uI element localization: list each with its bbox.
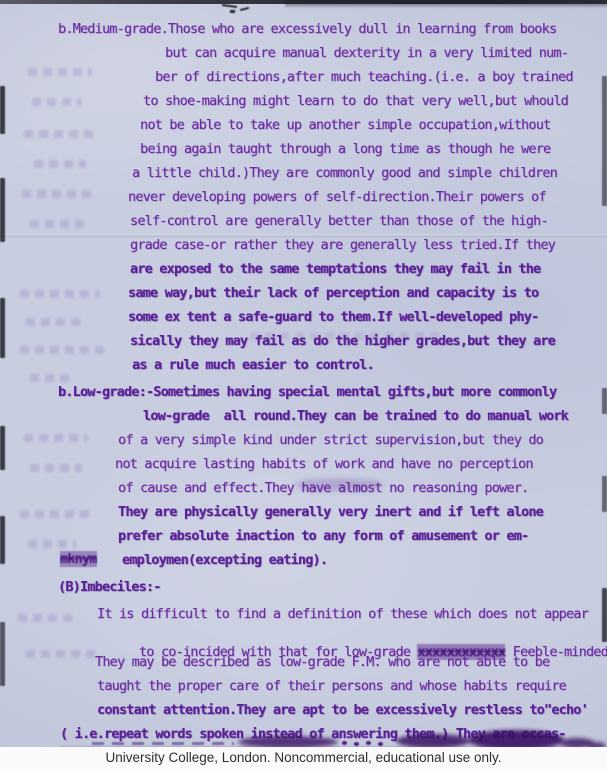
typed-line: some ex tent a safe-guard to them.If wel… xyxy=(128,310,538,324)
typed-line: taught the proper care of their persons … xyxy=(97,679,566,693)
bleed-through-mark xyxy=(20,290,100,298)
typed-line: as a rule much easier to control. xyxy=(132,358,374,372)
bleed-through-mark xyxy=(20,346,104,354)
typed-line: employmen(excepting eating). xyxy=(122,553,327,567)
typed-line: never developing powers of self-directio… xyxy=(128,190,546,204)
bleed-through-mark xyxy=(18,614,78,622)
edge-artifact-left xyxy=(0,298,5,358)
typed-line: self-control are generally better than t… xyxy=(130,214,548,228)
scanned-document: b.Medium-grade.Those who are excessively… xyxy=(0,0,607,769)
typed-line: constant attention.They are apt to be ex… xyxy=(97,703,588,717)
typed-line: (B)Imbeciles:- xyxy=(58,580,161,594)
typed-line: being again taught through a long time a… xyxy=(140,142,550,156)
bleed-through-mark xyxy=(28,540,76,548)
attribution-text: University College, London. Noncommercia… xyxy=(106,750,502,765)
ink-smudge xyxy=(396,734,470,748)
smudge-dash-row xyxy=(92,742,234,745)
bleed-through-mark xyxy=(32,98,82,106)
bleed-through-mark xyxy=(22,190,96,198)
ink-dot xyxy=(342,741,347,745)
typed-line: not be able to take up another simple oc… xyxy=(140,118,550,132)
edge-artifact-right xyxy=(602,588,607,642)
typed-line: to shoe-making might learn to do that ve… xyxy=(143,94,568,108)
bleed-through-mark xyxy=(34,160,86,168)
edge-artifact-left xyxy=(0,178,5,242)
typed-line: not acquire lasting habits of work and h… xyxy=(115,457,533,471)
pen-scribble xyxy=(230,10,235,13)
bleed-through-mark xyxy=(26,318,86,326)
ink-dot xyxy=(366,741,371,745)
typed-line: They are physically generally very inert… xyxy=(118,505,543,519)
bleed-through-mark xyxy=(30,464,82,472)
bleed-through-mark xyxy=(20,510,90,518)
bleed-through-mark xyxy=(30,220,86,228)
bleed-through-mark xyxy=(28,68,92,76)
typed-line: of a very simple kind under strict super… xyxy=(118,433,543,447)
bleed-through-mark xyxy=(26,650,96,658)
typed-line: but can acquire manual dexterity in a ve… xyxy=(165,46,568,60)
ink-dot xyxy=(378,742,383,746)
bleed-through-mark xyxy=(30,374,74,382)
scan-page: b.Medium-grade.Those who are excessively… xyxy=(0,0,607,748)
typed-line: same way,but their lack of perception an… xyxy=(128,286,538,300)
bleed-through-mark xyxy=(250,332,440,340)
bleed-through-mark xyxy=(24,434,88,442)
bleed-through-mark xyxy=(24,130,94,138)
typed-line: It is difficult to find a definition of … xyxy=(97,607,588,621)
typed-line: low-grade all round.They can be trained … xyxy=(143,409,568,423)
edge-artifact-right xyxy=(602,76,607,206)
top-edge-shadow xyxy=(285,0,607,8)
typed-line: b.Low-grade:-Sometimes having special me… xyxy=(58,385,556,399)
pen-scribble xyxy=(222,4,237,8)
typed-line: b.Medium-grade.Those who are excessively… xyxy=(58,22,556,36)
pen-scribble xyxy=(240,7,249,11)
edge-artifact-right xyxy=(602,476,607,512)
edge-artifact-left xyxy=(0,516,5,564)
fold-crease xyxy=(0,234,607,237)
attribution-bar: University College, London. Noncommercia… xyxy=(0,747,607,769)
typed-line: prefer absolute inaction to any form of … xyxy=(118,529,528,543)
typed-line: grade case-or rather they are generally … xyxy=(130,238,555,252)
ink-dot xyxy=(354,742,359,746)
typed-line: They may be described as low-grade F.M. … xyxy=(95,655,549,669)
edge-artifact-left xyxy=(0,426,5,470)
edge-artifact-left xyxy=(0,86,5,134)
ink-smudge xyxy=(296,479,382,491)
typed-line: a little child.)They are commonly good a… xyxy=(132,166,557,180)
edge-artifact-left xyxy=(0,622,5,686)
margin-strikeout: mknym xyxy=(60,551,97,567)
typed-line: are exposed to the same temptations they… xyxy=(130,262,540,276)
edge-artifact-right xyxy=(602,388,607,414)
typed-line: ber of directions,after much teaching.(i… xyxy=(155,70,573,84)
